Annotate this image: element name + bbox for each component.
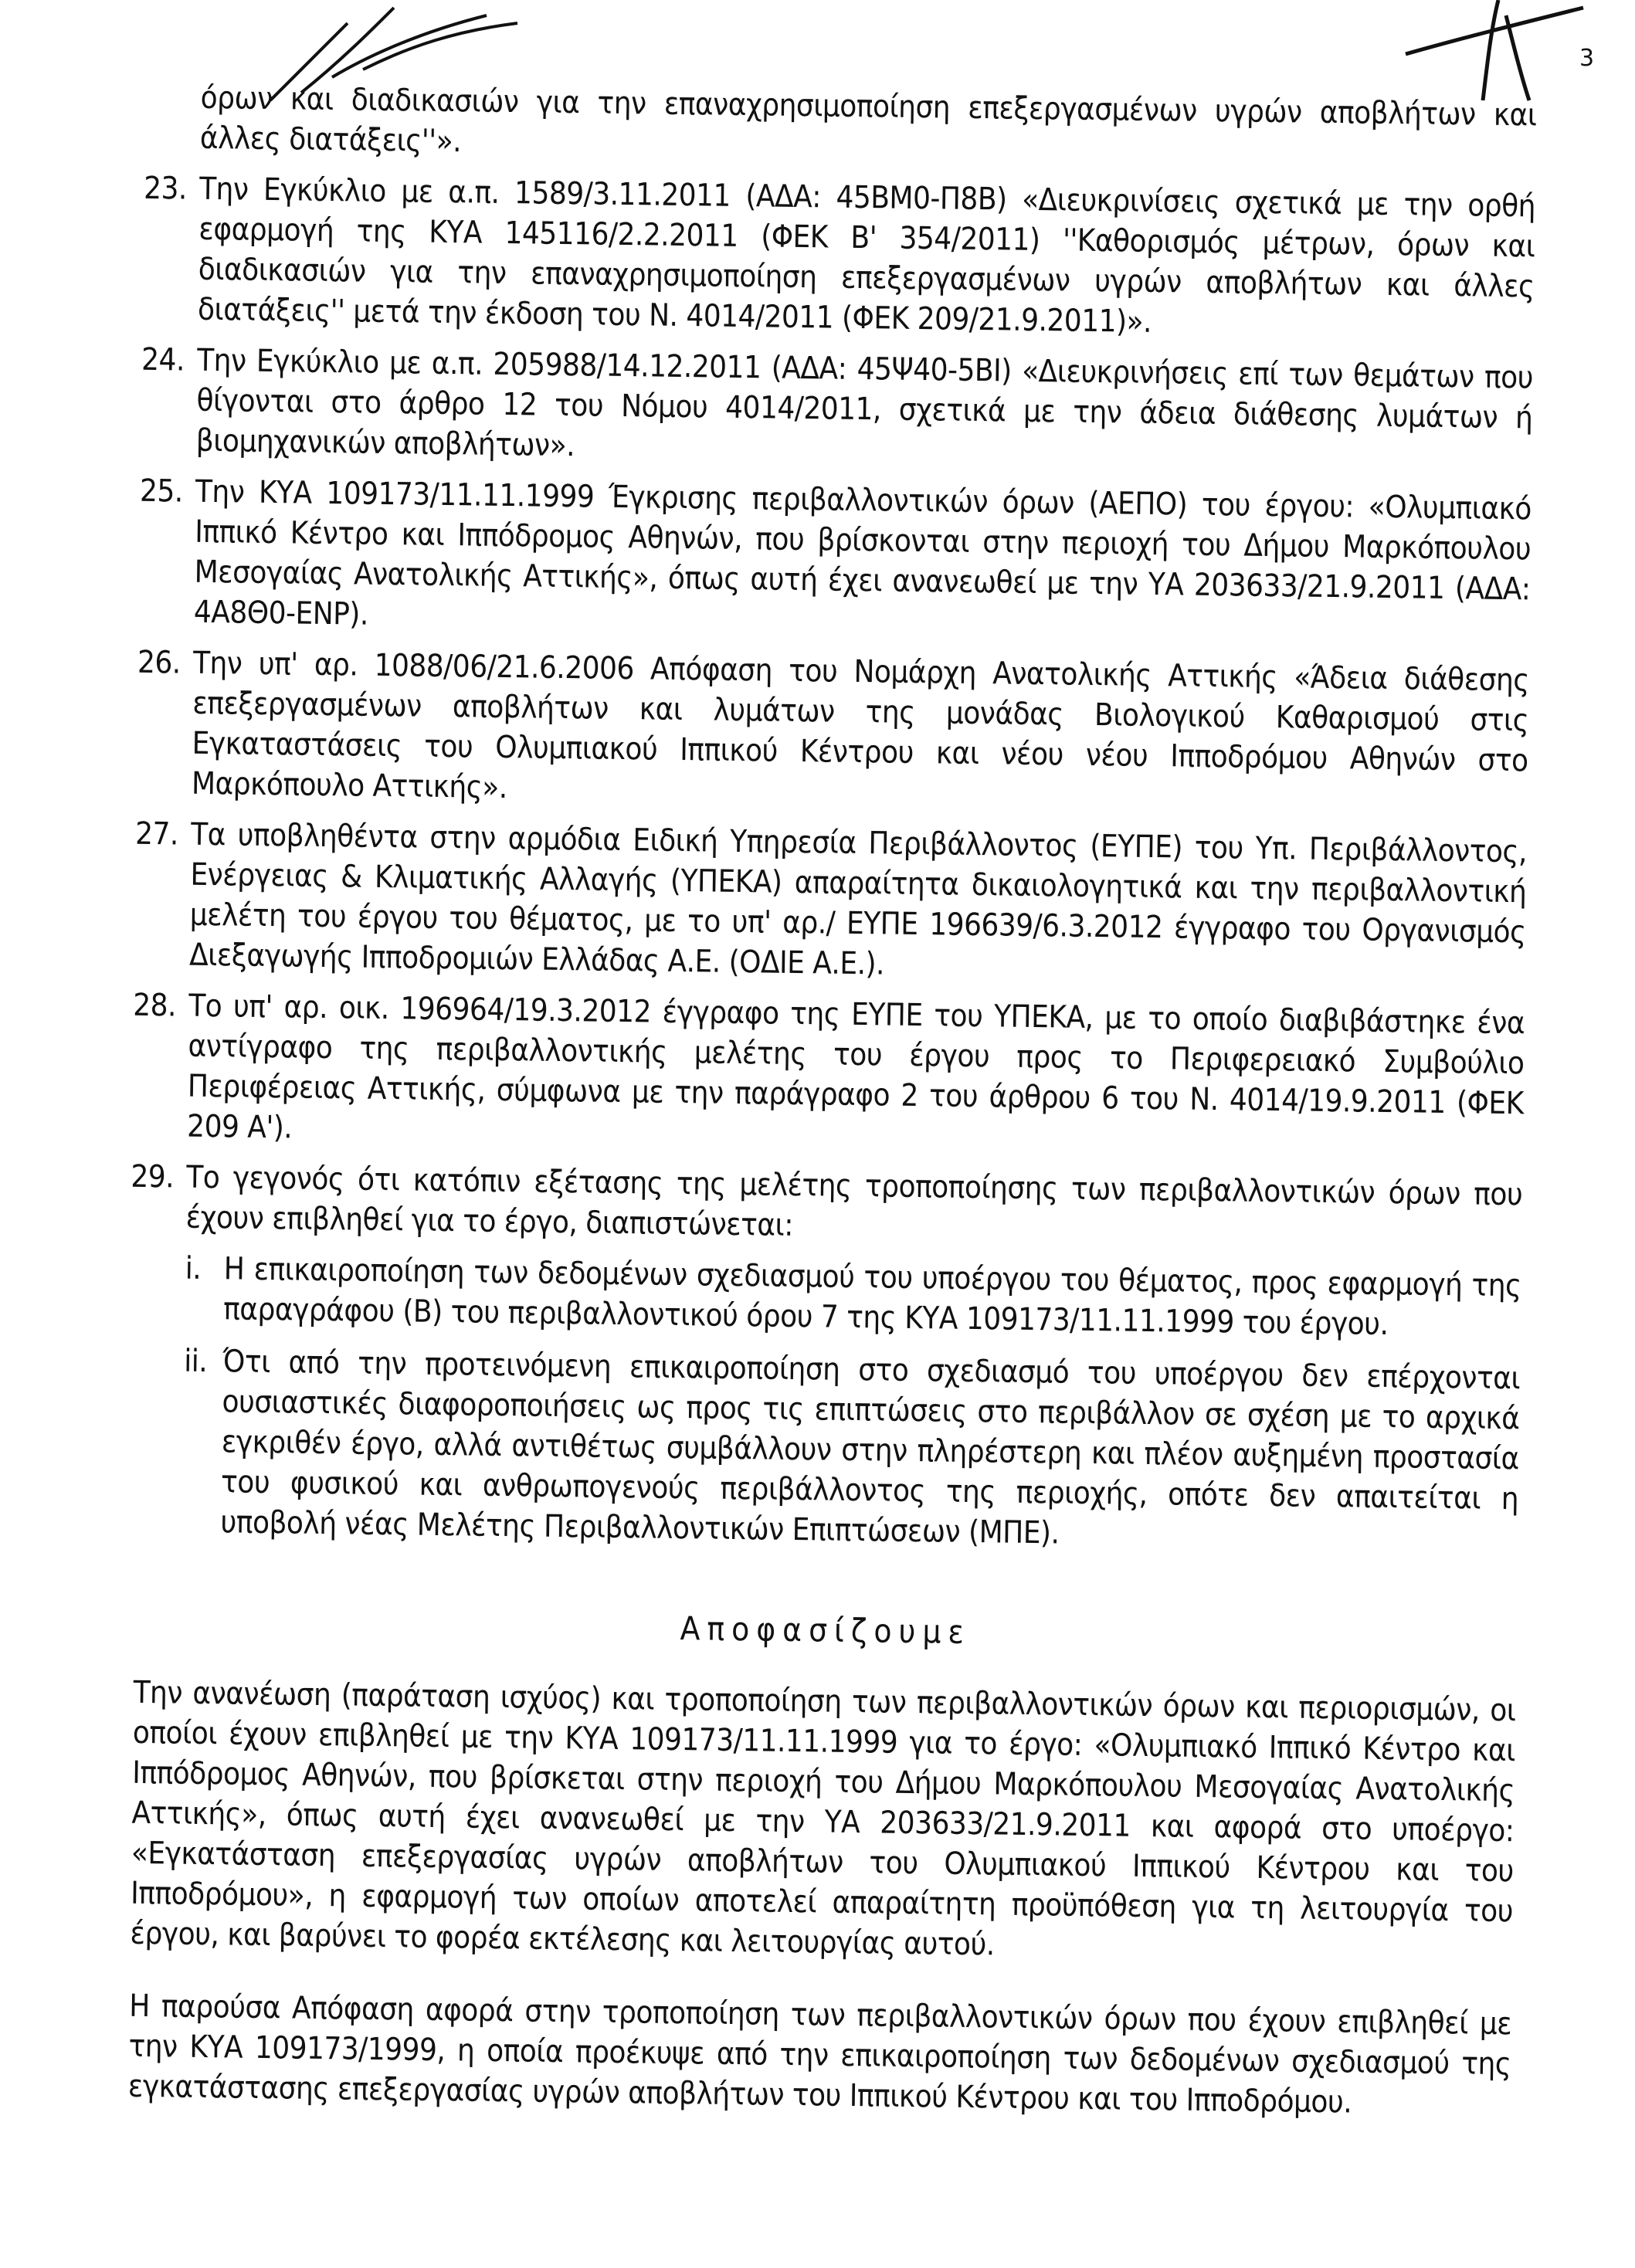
item-number: 27. bbox=[135, 814, 178, 855]
item-number: 26. bbox=[137, 642, 181, 683]
sub-item-text: Ότι από την προτεινόμενη επικαιροποίηση … bbox=[220, 1341, 1520, 1559]
item-text: Την υπ' αρ. 1088/06/21.6.2006 Απόφαση το… bbox=[192, 643, 1530, 822]
item-text: Την Εγκύκλιο με α.π. 1589/3.11.2011 (ΑΔΑ… bbox=[198, 169, 1536, 347]
initials-right-icon bbox=[1390, 0, 1591, 108]
sub-item: ii. Ότι από την προτεινόμενη επικαιροποί… bbox=[135, 1341, 1520, 1559]
sub-item-numeral: i. bbox=[185, 1249, 201, 1289]
sub-item: i. Η επικαιροποίηση των δεδομένων σχεδια… bbox=[138, 1248, 1521, 1346]
item-number: 29. bbox=[131, 1157, 174, 1198]
decision-paragraph: Η παρούσα Απόφαση αφορά στην τροποποίηση… bbox=[128, 1986, 1512, 2124]
list-item: 28. Το υπ' αρ. οικ. 196964/19.3.2012 έγγ… bbox=[141, 985, 1525, 1164]
item-text: Το υπ' αρ. οικ. 196964/19.3.2012 έγγραφο… bbox=[187, 986, 1525, 1165]
list-item: 24. Την Εγκύκλιο με α.π. 205988/14.12.20… bbox=[150, 340, 1534, 478]
page-number: 3 bbox=[1579, 45, 1594, 72]
sub-item-text: Η επικαιροποίηση των δεδομένων σχεδιασμο… bbox=[223, 1249, 1521, 1346]
list-item: 23. Την Εγκύκλιο με α.π. 1589/3.11.2011 … bbox=[151, 168, 1536, 347]
list-item: 29. Το γεγονός ότι κατόπιν εξέτασης της … bbox=[139, 1157, 1522, 1255]
list-item: 26. Την υπ' αρ. 1088/06/21.6.2006 Απόφασ… bbox=[145, 642, 1530, 821]
document-body: όρων και διαδικασιών για την επαναχρησιμ… bbox=[127, 77, 1537, 2157]
item-number: 23. bbox=[144, 168, 187, 209]
list-item: 25. Την ΚΥΑ 109173/11.11.1999 Έγκρισης π… bbox=[148, 471, 1532, 649]
item-number: 24. bbox=[141, 340, 185, 381]
item-text: Τα υποβληθέντα στην αρμόδια Ειδική Υπηρε… bbox=[189, 815, 1528, 993]
list-item: 27. Τα υποβληθέντα στην αρμόδια Ειδική Υ… bbox=[143, 814, 1528, 992]
decision-paragraph: Την ανανέωση (παράταση ισχύος) και τροπο… bbox=[130, 1673, 1516, 1971]
item-text: Το γεγονός ότι κατόπιν εξέτασης της μελέ… bbox=[185, 1158, 1522, 1256]
item-text: Την ΚΥΑ 109173/11.11.1999 Έγκρισης περιβ… bbox=[194, 472, 1532, 650]
document-page: 3 όρων και διαδικασιών για την επαναχρησ… bbox=[0, 0, 1635, 2268]
decision-heading: Αποφασίζουμε bbox=[134, 1602, 1517, 1659]
sub-item-numeral: ii. bbox=[184, 1341, 208, 1381]
item-number: 25. bbox=[140, 471, 183, 512]
item-text: Την Εγκύκλιο με α.π. 205988/14.12.2011 (… bbox=[196, 341, 1534, 479]
continuation-text: όρων και διαδικασιών για την επαναχρησιμ… bbox=[154, 77, 1537, 175]
item-number: 28. bbox=[133, 985, 176, 1026]
